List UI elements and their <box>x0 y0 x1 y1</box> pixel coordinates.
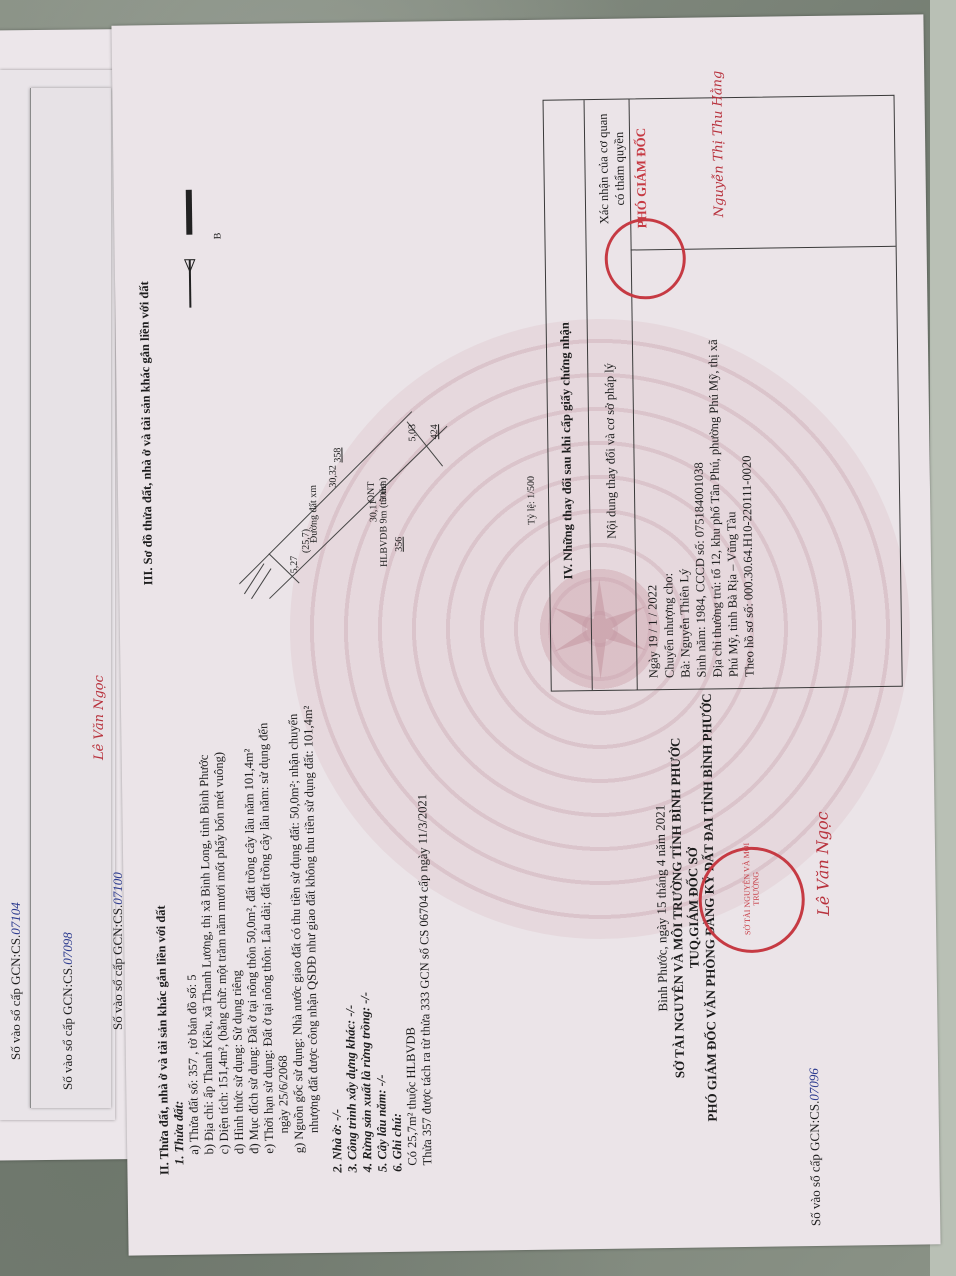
parcel-diagram <box>237 391 460 604</box>
section-2: II. Thửa đất, nhà ở và tài sản khác gắn … <box>151 704 435 1175</box>
approver-name: Nguyễn Thị Thu Hằng <box>710 71 727 218</box>
side-signature: Lê Văn Ngọc <box>92 675 107 760</box>
approver-title: PHÓ GIÁM ĐỐC <box>633 128 650 229</box>
north-arrow-icon <box>174 189 206 309</box>
signer-name: Lê Văn Ngọc <box>812 811 832 916</box>
col-header-approval: Xác nhận của cơ quan có thẩm quyền <box>595 109 629 229</box>
side-registry-label-1: Số vào sổ cấp GCN:CS.07104 <box>8 902 24 1060</box>
side-registry-label-2: Số vào sổ cấp GCN:CS.07098 <box>60 932 76 1090</box>
section-3-title: III. Sơ đồ thửa đất, nhà ở và tài sản kh… <box>137 281 156 585</box>
land-certificate-page: II. Thửa đất, nhà ở và tài sản khác gắn … <box>111 14 940 1255</box>
official-stamp-left: SỞ TÀI NGUYÊN VÀ MÔI TRƯỜNG <box>698 846 805 953</box>
bottom-registry-label: Số vào sổ cấp GCN:CS.07096 <box>806 1068 824 1226</box>
col-header-changes: Nội dung thay đổi và cơ sở pháp lý <box>601 363 619 539</box>
map-scale: Tỷ lệ: 1/500 <box>526 476 538 525</box>
changes-content: Ngày 19 / 1 / 2022 Chuyển nhượng cho: Bà… <box>641 339 758 679</box>
